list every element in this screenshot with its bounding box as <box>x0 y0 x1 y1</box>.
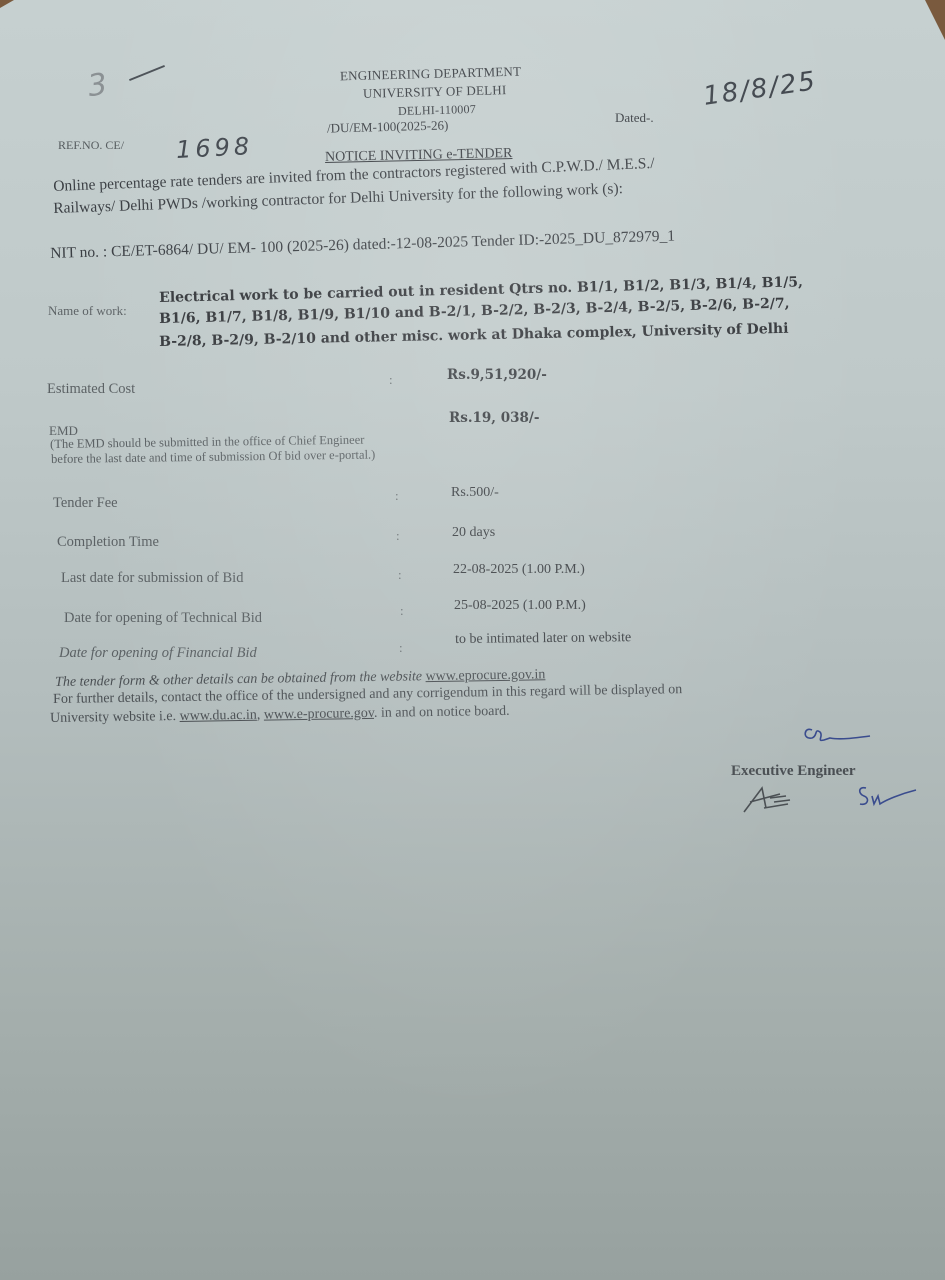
city-pincode: DELHI-110007 <box>398 102 476 119</box>
detail-colon: : <box>396 528 400 544</box>
detail-value-emd: Rs.19, 038/- <box>449 410 539 426</box>
university-name: UNIVERSITY OF DELHI <box>363 82 507 102</box>
signatory-title: Executive Engineer <box>731 763 856 780</box>
detail-value-completion-time: 20 days <box>452 525 495 541</box>
detail-colon: : <box>395 488 399 504</box>
detail-colon: : <box>399 640 403 656</box>
detail-colon: : <box>398 567 402 583</box>
footer-text: University website i.e. <box>50 709 180 726</box>
footer-line-3: University website i.e. www.du.ac.in, ww… <box>50 704 510 727</box>
eprocure-link[interactable]: www.eprocure.gov.in <box>425 667 545 684</box>
e-procure-link[interactable]: www.e-procure.gov <box>264 706 374 723</box>
nit-number-line: NIT no. : CE/ET-6864/ DU/ EM- 100 (2025-… <box>50 228 675 263</box>
detail-value-technical-bid: 25-08-2025 (1.00 P.M.) <box>454 598 586 614</box>
handwritten-reference-number: 1698 <box>175 132 253 164</box>
detail-label-technical-bid: Date for opening of Technical Bid <box>64 610 262 627</box>
footer-text: . in and on notice board. <box>374 704 510 721</box>
scanned-tender-notice: 3 ENGINEERING DEPARTMENT UNIVERSITY OF D… <box>0 0 945 1280</box>
detail-colon: : <box>389 372 393 388</box>
handwritten-mark: 3 <box>86 67 110 104</box>
detail-label-tender-fee: Tender Fee <box>53 495 118 512</box>
reference-suffix: /DU/EM-100(2025-26) <box>327 117 449 136</box>
detail-value-tender-fee: Rs.500/- <box>451 485 499 501</box>
du-website-link[interactable]: www.du.ac.in <box>179 708 256 724</box>
sn-signature-icon <box>852 782 922 810</box>
dated-label: Dated-. <box>615 110 654 126</box>
reference-label: REF.NO. CE/ <box>58 138 124 153</box>
emd-note-line-2: before the last date and time of submiss… <box>51 447 375 467</box>
work-line-3: B-2/8, B-2/9, B-2/10 and other misc. wor… <box>159 321 789 350</box>
detail-label-estimated-cost: Estimated Cost <box>47 381 135 398</box>
detail-value-estimated-cost: Rs.9,51,920/- <box>447 367 547 383</box>
detail-colon: : <box>400 603 404 619</box>
work-label: Name of work: <box>48 303 127 319</box>
blue-signature-icon <box>800 722 880 752</box>
detail-label-completion-time: Completion Time <box>57 534 159 551</box>
detail-label-last-date: Last date for submission of Bid <box>61 570 243 587</box>
detail-label-financial-bid: Date for opening of Financial Bid <box>59 645 257 662</box>
handwritten-tick-mark <box>129 65 165 81</box>
department-name: ENGINEERING DEPARTMENT <box>340 64 522 85</box>
detail-value-last-date: 22-08-2025 (1.00 P.M.) <box>453 562 585 578</box>
ae-signature-icon <box>740 780 820 816</box>
handwritten-date: 18/8/25 <box>701 66 818 112</box>
detail-value-financial-bid: to be intimated later on website <box>455 630 631 648</box>
